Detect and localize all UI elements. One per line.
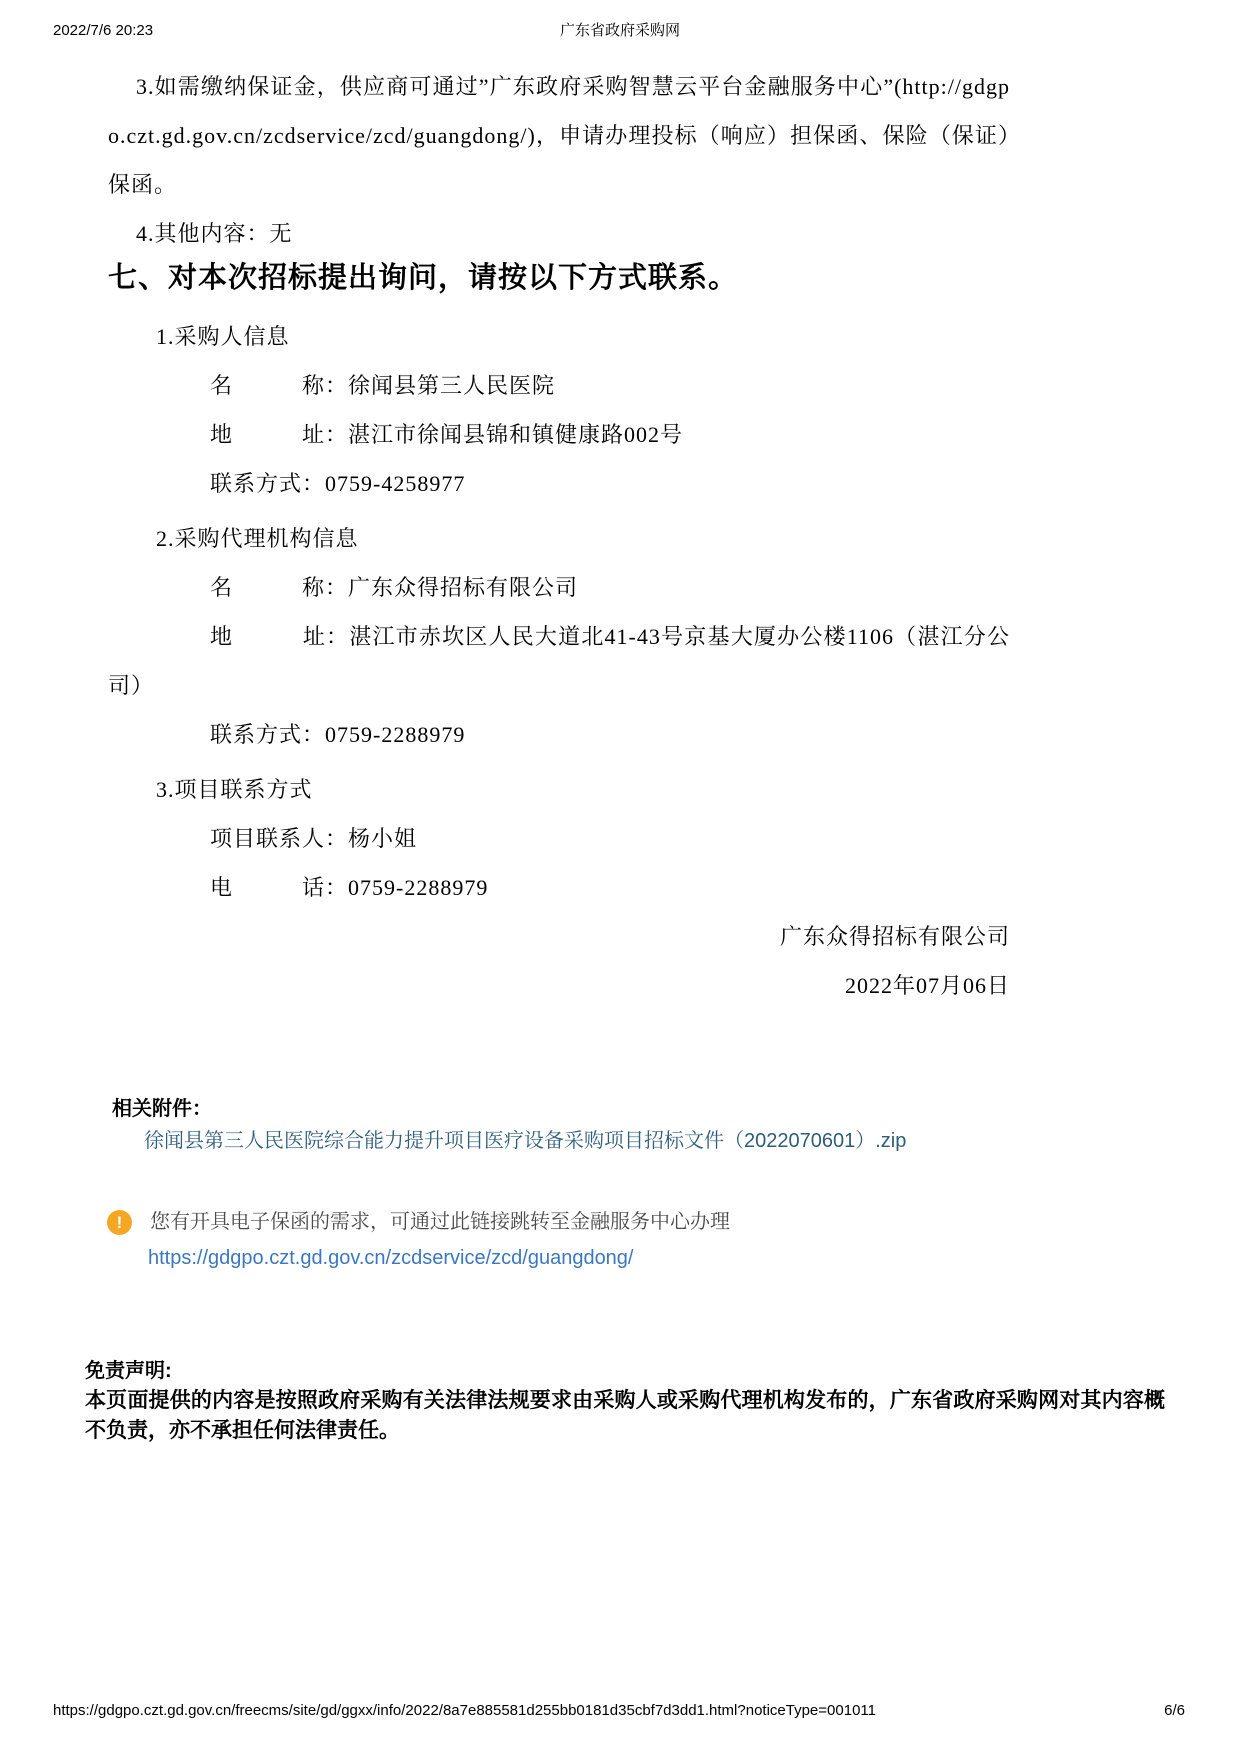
agency-address: 地 址：湛江市赤坎区人民大道北41-43号京基大厦办公楼1106（湛江分公司）: [108, 612, 1010, 710]
exclamation-mark: !: [117, 1214, 123, 1231]
purchaser-contact: 联系方式：0759-4258977: [108, 459, 1010, 508]
attachments-label: 相关附件：: [112, 1096, 906, 1122]
notice-text: 您有开具电子保函的需求，可通过此链接跳转至金融服务中心办理: [150, 1210, 730, 1235]
paragraph-guarantee: 3.如需缴纳保证金，供应商可通过”广东政府采购智慧云平台金融服务中心”(http…: [108, 62, 1010, 209]
print-footer-url: https://gdgpo.czt.gd.gov.cn/freecms/site…: [53, 1702, 876, 1720]
disclaimer-title: 免责声明:: [85, 1356, 1165, 1386]
attachment-file-link[interactable]: 徐闻县第三人民医院综合能力提升项目医疗设备采购项目招标文件（2022070601…: [112, 1128, 906, 1154]
agency-contact: 联系方式：0759-2288979: [108, 710, 1010, 759]
purchaser-address: 地 址：湛江市徐闻县锦和镇健康路002号: [108, 410, 1010, 459]
paragraph-other-content: 4.其他内容：无: [108, 209, 1010, 258]
print-page: 2022/7/6 20:23 广东省政府采购网 3.如需缴纳保证金，供应商可通过…: [0, 0, 1240, 1754]
project-contact-title: 3.项目联系方式: [108, 765, 1010, 814]
e-guarantee-notice: ! 您有开具电子保函的需求，可通过此链接跳转至金融服务中心办理 https://…: [107, 1210, 730, 1271]
related-attachments: 相关附件： 徐闻县第三人民医院综合能力提升项目医疗设备采购项目招标文件（2022…: [112, 1096, 906, 1154]
disclaimer-body: 本页面提供的内容是按照政府采购有关法律法规要求由采购人或采购代理机构发布的，广东…: [85, 1386, 1165, 1446]
agency-info-title: 2.采购代理机构信息: [108, 514, 1010, 563]
disclaimer-block: 免责声明: 本页面提供的内容是按照政府采购有关法律法规要求由采购人或采购代理机构…: [85, 1356, 1165, 1446]
project-contact-person: 项目联系人：杨小姐: [108, 814, 1010, 863]
purchaser-info-title: 1.采购人信息: [108, 312, 1010, 361]
print-header-site-name: 广东省政府采购网: [0, 22, 1240, 40]
section-heading-contact: 七、对本次招标提出询问，请按以下方式联系。: [108, 258, 1010, 298]
print-footer-page-number: 6/6: [1164, 1702, 1185, 1720]
signature-company: 广东众得招标有限公司: [108, 912, 1010, 961]
notice-document: 3.如需缴纳保证金，供应商可通过”广东政府采购智慧云平台金融服务中心”(http…: [108, 62, 1010, 1010]
agency-name: 名 称：广东众得招标有限公司: [108, 563, 1010, 612]
purchaser-name: 名 称：徐闻县第三人民医院: [108, 361, 1010, 410]
financial-service-link[interactable]: https://gdgpo.czt.gd.gov.cn/zcdservice/z…: [148, 1246, 730, 1271]
exclamation-circle-icon: !: [107, 1210, 132, 1235]
project-phone: 电 话：0759-2288979: [108, 863, 1010, 912]
signature-date: 2022年07月06日: [108, 961, 1010, 1010]
